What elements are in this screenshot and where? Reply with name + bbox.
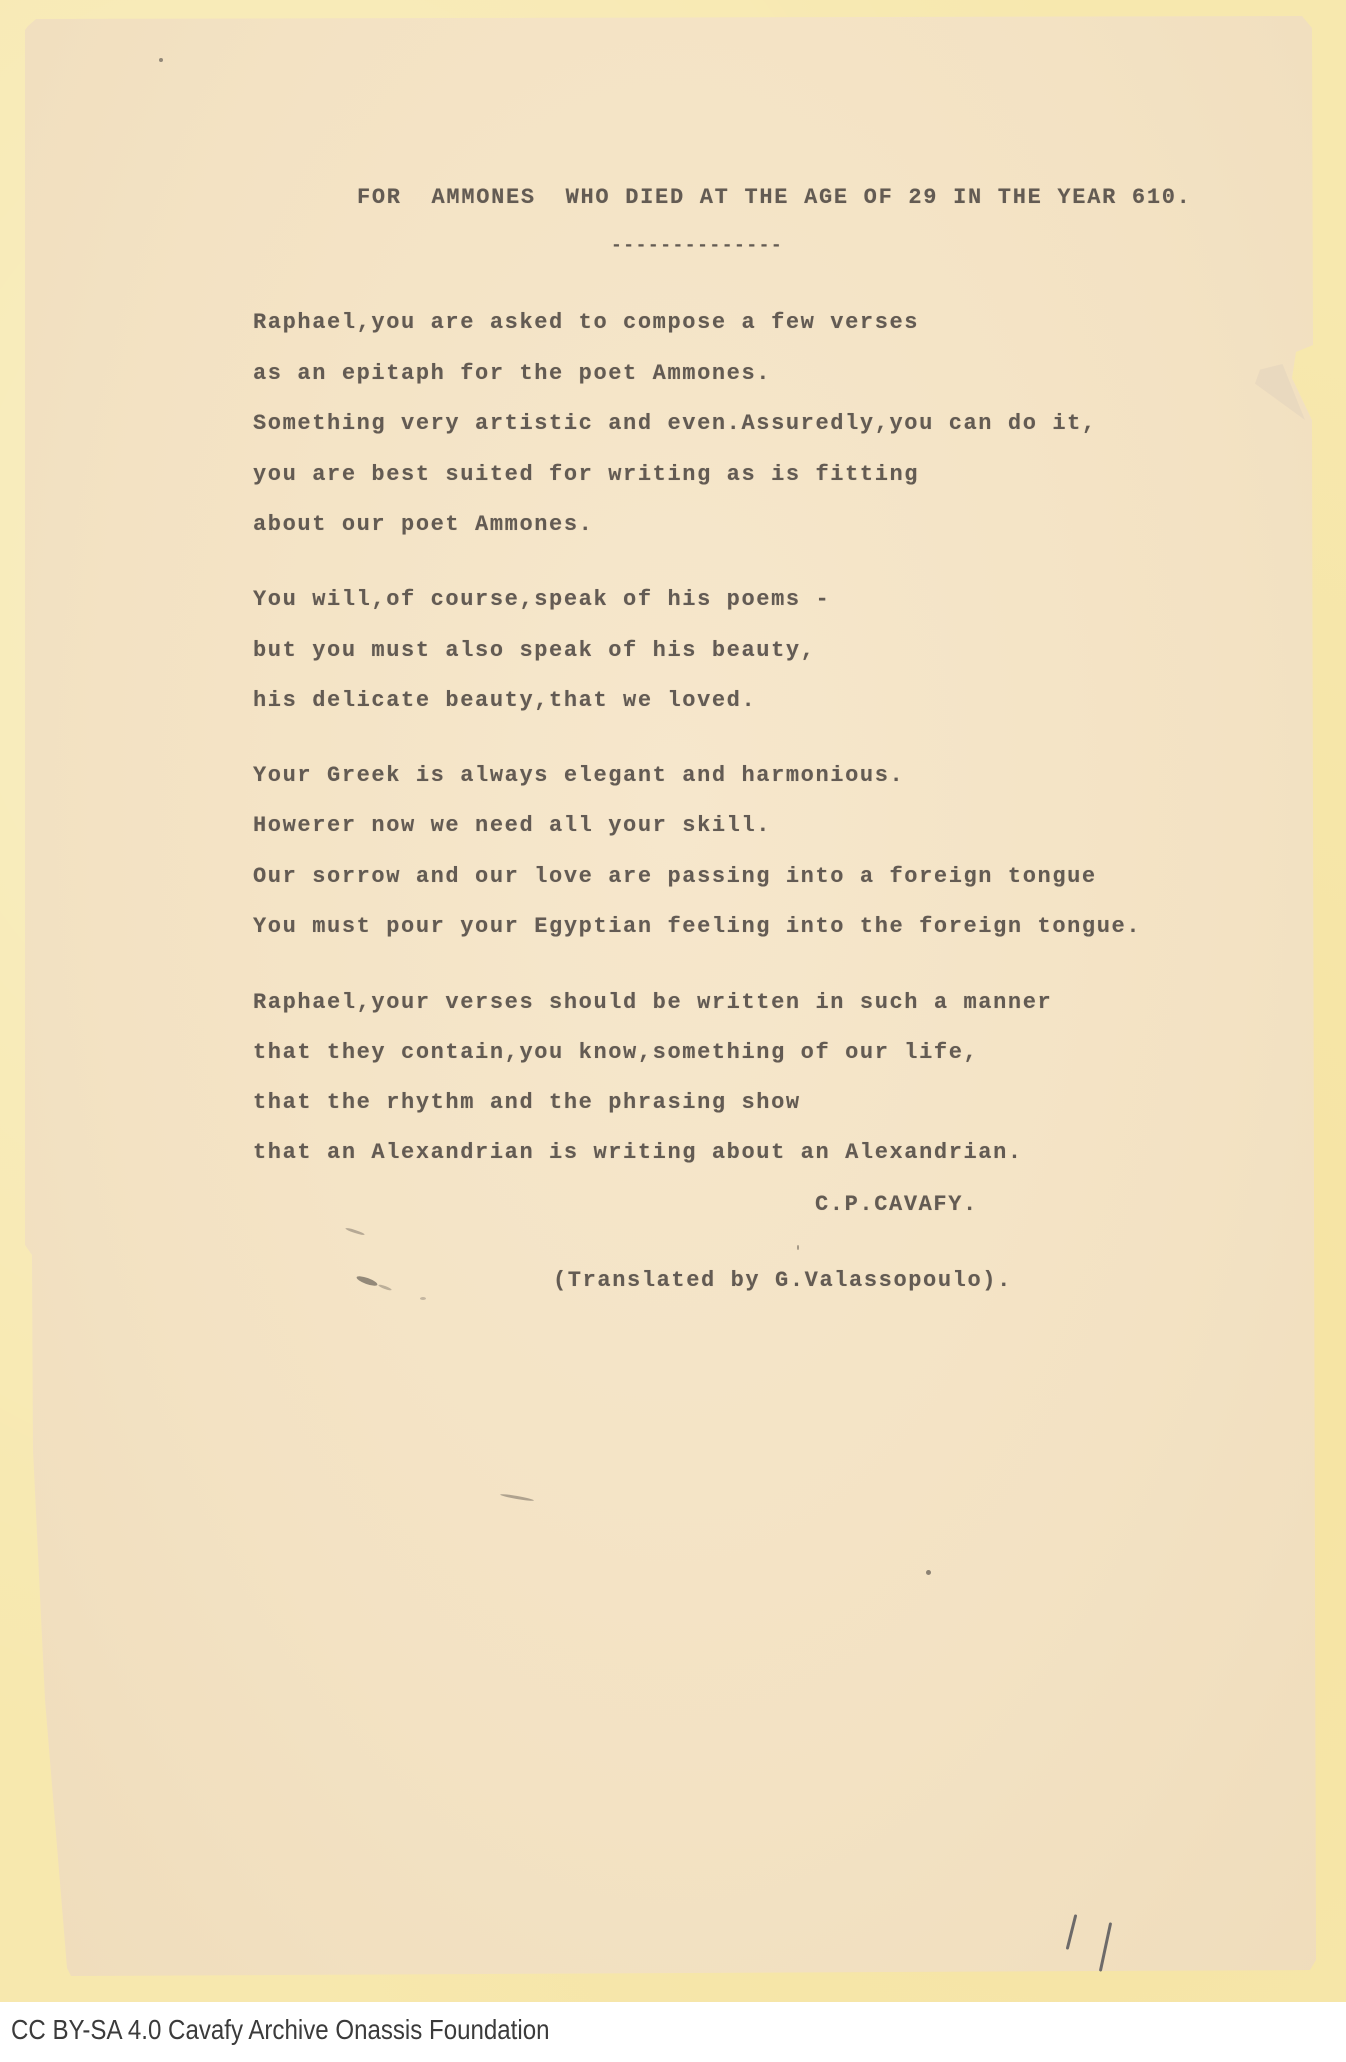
verse-line: that they contain,you know,something of …: [253, 1042, 978, 1064]
verse-line: Raphael,you are asked to compose a few v…: [253, 312, 919, 334]
verse-line: that the rhythm and the phrasing show: [253, 1092, 801, 1114]
verse-line: Our sorrow and our love are passing into…: [253, 866, 1097, 888]
verse-line: you are best suited for writing as is fi…: [253, 464, 919, 486]
ink-speck: [159, 58, 163, 62]
author-signature: C.P.CAVAFY.: [815, 1194, 978, 1216]
verse-line: as an epitaph for the poet Ammones.: [253, 363, 771, 385]
title-separator: --------------: [611, 235, 783, 257]
verse-line: Howerer now we need all your skill.: [253, 815, 771, 837]
verse-line: but you must also speak of his beauty,: [253, 640, 815, 662]
verse-line: Something very artistic and even.Assured…: [253, 413, 1097, 435]
ink-speck: [797, 1245, 799, 1250]
ink-speck: [926, 1570, 931, 1575]
verse-line: You must pour your Egyptian feeling into…: [253, 916, 1141, 938]
license-caption: CC BY-SA 4.0 Cavafy Archive Onassis Foun…: [11, 2013, 550, 2047]
verse-line: Your Greek is always elegant and harmoni…: [253, 765, 904, 787]
poem-title: FOR AMMONES WHO DIED AT THE AGE OF 29 IN…: [357, 187, 1192, 209]
verse-line: that an Alexandrian is writing about an …: [253, 1142, 1023, 1164]
verse-line: Raphael,your verses should be written in…: [253, 992, 1052, 1014]
verse-line: about our poet Ammones.: [253, 514, 593, 536]
translator-note: (Translated by G.Valassopoulo).: [553, 1270, 1012, 1292]
verse-line: his delicate beauty,that we loved.: [253, 690, 756, 712]
ink-speck: [420, 1297, 426, 1300]
verse-line: You will,of course,speak of his poems -: [253, 589, 830, 611]
